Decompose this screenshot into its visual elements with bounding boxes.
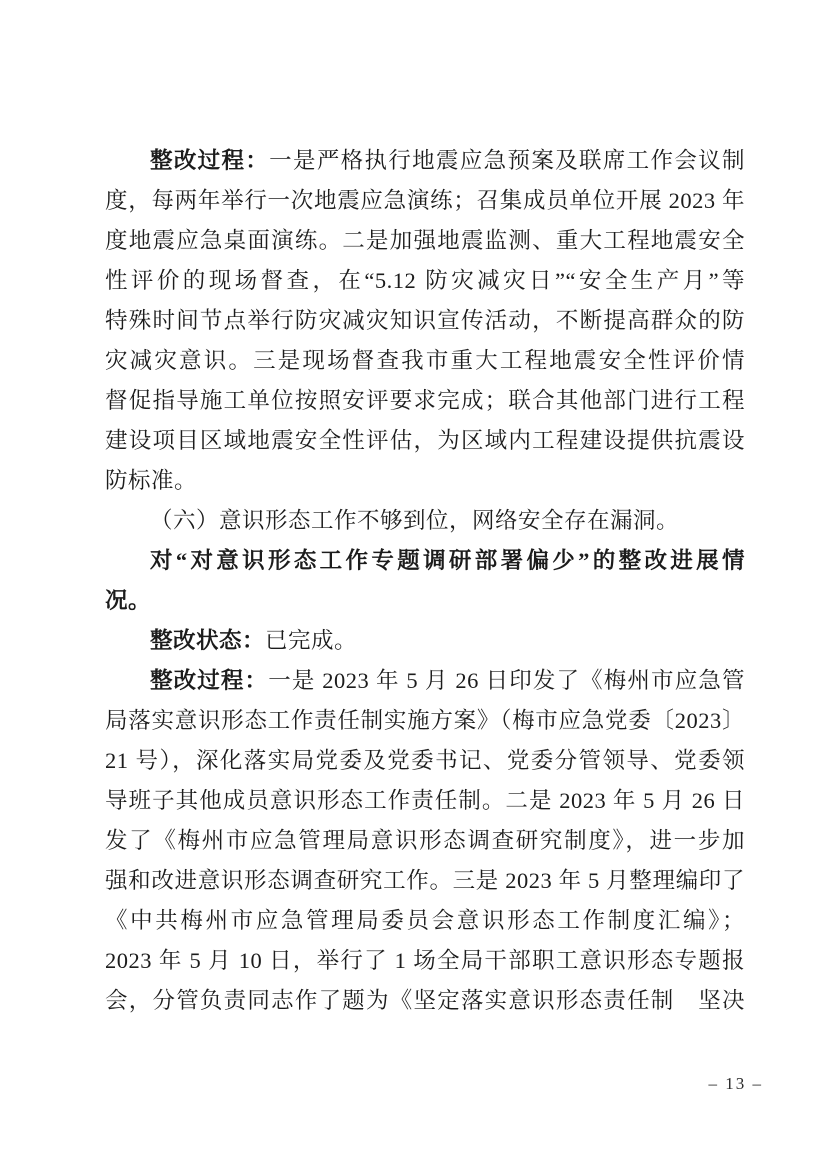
line-text: 已完成。 [265, 628, 357, 653]
text-line: 度，每两年举行一次地震应急演练；召集成员单位开展 2023 年 [105, 181, 745, 221]
text-line: 导班子其他成员意识形态工作责任制。二是 2023 年 5 月 26 日印 [105, 781, 745, 821]
line-text: 一是严格执行地震应急预案及联席工作会议制 [269, 148, 745, 173]
text-line: 特殊时间节点举行防灾减灾知识宣传活动，不断提高群众的防 [105, 301, 745, 341]
line-text: 性评价的现场督查，在“5.12 防灾减灾日”“安全生产月”等 [105, 268, 745, 293]
line-text: 度，每两年举行一次地震应急演练；召集成员单位开展 2023 年 [105, 188, 745, 213]
line-text: 导班子其他成员意识形态工作责任制。二是 2023 年 5 月 26 日印 [105, 788, 745, 821]
line-text: 《中共梅州市应急管理局委员会意识形态工作制度汇编》； [105, 908, 745, 933]
text-line: 整改过程：一是 2023 年 5 月 26 日印发了《梅州市应急管理 [105, 661, 745, 701]
text-line: 督促指导施工单位按照安评要求完成；联合其他部门进行工程 [105, 381, 745, 421]
line-text: 对“对意识形态工作专题调研部署偏少”的整改进展情 [150, 548, 745, 573]
subsection-heading: 况。 [105, 581, 745, 621]
line-text: 建设项目区域地震安全性评估，为区域内工程建设提供抗震设 [105, 428, 745, 453]
text-line: 强和改进意识形态调查研究工作。三是 2023 年 5 月整理编印了 [105, 861, 745, 901]
text-line: 21 号），深化落实局党委及党委书记、党委分管领导、党委领 [105, 741, 745, 781]
heading-label: 整改过程： [150, 668, 268, 693]
document-page: 整改过程：一是严格执行地震应急预案及联席工作会议制 度，每两年举行一次地震应急演… [0, 0, 827, 1170]
text-line: 灾减灾意识。三是现场督查我市重大工程地震安全性评价情况， [105, 341, 745, 381]
line-text: 况。 [105, 588, 151, 613]
text-line: 整改状态：已完成。 [105, 621, 745, 661]
section-heading: （六）意识形态工作不够到位，网络安全存在漏洞。 [105, 501, 745, 541]
line-text: 2023 年 5 月 10 日，举行了 1 场全局干部职工意识形态专题报告 [105, 948, 745, 981]
line-text: 度地震应急桌面演练。二是加强地震监测、重大工程地震安全 [105, 228, 745, 253]
text-line: 《中共梅州市应急管理局委员会意识形态工作制度汇编》； [105, 901, 745, 941]
line-text: 会，分管负责同志作了题为《坚定落实意识形态责任制 坚决 [105, 988, 745, 1013]
line-text: 特殊时间节点举行防灾减灾知识宣传活动，不断提高群众的防 [105, 308, 745, 333]
text-line: 发了《梅州市应急管理局意识形态调查研究制度》，进一步加 [105, 821, 745, 861]
text-line: 性评价的现场督查，在“5.12 防灾减灾日”“安全生产月”等 [105, 261, 745, 301]
heading-label: 整改状态： [150, 628, 265, 653]
subsection-heading: 对“对意识形态工作专题调研部署偏少”的整改进展情 [105, 541, 745, 581]
text-line: 防标准。 [105, 461, 745, 501]
line-text: 防标准。 [105, 468, 197, 493]
line-text: 发了《梅州市应急管理局意识形态调查研究制度》，进一步加 [105, 828, 745, 853]
line-text: 强和改进意识形态调查研究工作。三是 2023 年 5 月整理编印了 [105, 868, 745, 893]
line-text: 灾减灾意识。三是现场督查我市重大工程地震安全性评价情况， [105, 348, 745, 381]
text-line: 整改过程：一是严格执行地震应急预案及联席工作会议制 [105, 141, 745, 181]
text-line: 2023 年 5 月 10 日，举行了 1 场全局干部职工意识形态专题报告 [105, 941, 745, 981]
text-line: 会，分管负责同志作了题为《坚定落实意识形态责任制 坚决 [105, 981, 745, 1021]
line-text: 督促指导施工单位按照安评要求完成；联合其他部门进行工程 [105, 388, 745, 413]
line-text: 局落实意识形态工作责任制实施方案》（梅市应急党委〔2023〕 [105, 708, 745, 733]
line-text: （六）意识形态工作不够到位，网络安全存在漏洞。 [150, 508, 679, 533]
line-text: 21 号），深化落实局党委及党委书记、党委分管领导、党委领 [105, 748, 745, 773]
text-line: 建设项目区域地震安全性评估，为区域内工程建设提供抗震设 [105, 421, 745, 461]
text-line: 度地震应急桌面演练。二是加强地震监测、重大工程地震安全 [105, 221, 745, 261]
heading-label: 整改过程： [150, 148, 269, 173]
text-line: 局落实意识形态工作责任制实施方案》（梅市应急党委〔2023〕 [105, 701, 745, 741]
document-body: 整改过程：一是严格执行地震应急预案及联席工作会议制 度，每两年举行一次地震应急演… [105, 141, 745, 1021]
page-number: – 13 – [709, 1074, 764, 1094]
